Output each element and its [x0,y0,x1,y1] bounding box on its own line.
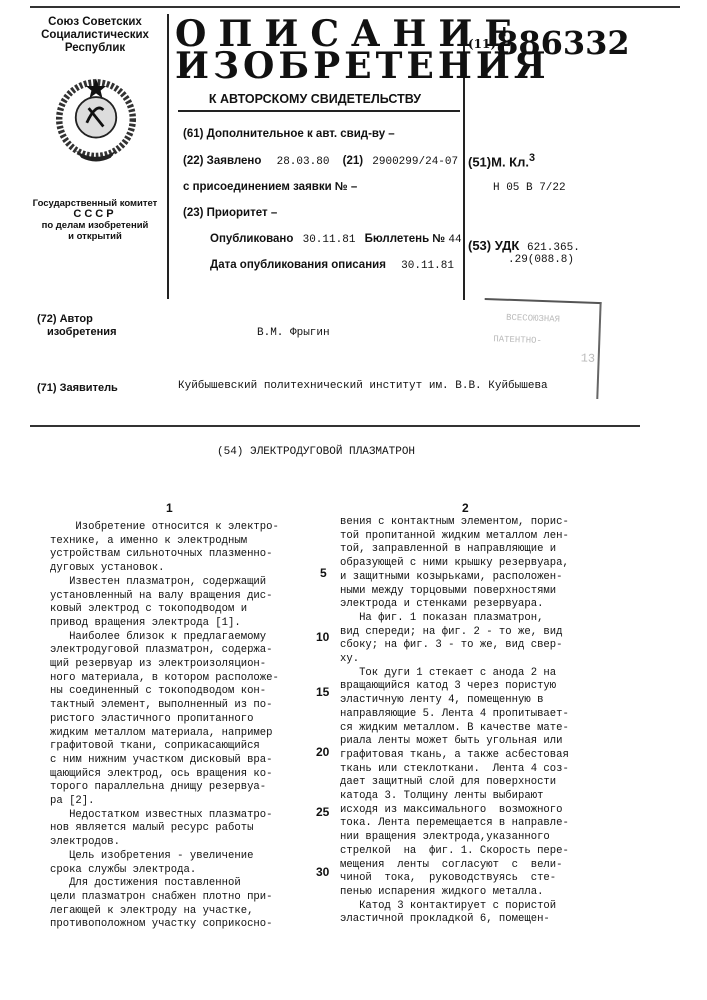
country-name: Союз Советских Социалистических Республи… [20,16,170,55]
field-value: 28.03.80 [277,156,330,168]
field-label: Бюллетень № [365,233,446,245]
state-emblem-icon [50,75,142,167]
field-label: изобретения [37,326,117,339]
committee-line: по делам изобретений [20,220,170,231]
field-value: 30.11.81 [303,234,356,246]
field-published: Опубликовано 30.11.81 Бюллетень № 44 [210,233,462,246]
column-number: 2 [462,501,469,515]
line-number: 20 [316,745,329,759]
field-value: 44 [448,234,461,246]
country-line: Союз Советских [20,16,170,29]
field-51: (51)М. Кл.3 [468,152,535,169]
column-2-text: вения с контактным элементом, порис- той… [340,516,569,927]
field-description-date: Дата опубликования описания 30.11.81 [210,259,454,272]
divider [178,110,460,112]
section-divider [30,425,640,427]
stamp-text: ВСЕСОЮЗНАЯ [506,313,560,325]
divider [167,14,169,299]
field-53-value: .29(088.8) [508,254,574,266]
author-name: В.М. Фрыгин [257,327,330,339]
field-23: (23) Приоритет – [183,207,277,219]
committee-line: и открытий [20,231,170,242]
patent-number-value: 886332 [496,24,630,62]
country-line: Республик [20,42,170,55]
field-51-value: Н 05 В 7/22 [493,182,566,194]
document-type-title: ИЗОБРЕТЕНИЯ [175,46,460,86]
field-label: Опубликовано [210,233,293,245]
patent-code: (11) [468,37,496,51]
field-label: (21) [343,155,363,167]
field-label: (22) Заявлено [183,155,261,167]
document-subtitle: К АВТОРСКОМУ СВИДЕТЕЛЬСТВУ [180,92,450,106]
field-61: (61) Дополнительное к авт. свид-ву – [183,128,395,140]
field-attachment: с присоединением заявки № – [183,181,357,193]
committee-name: Государственный комитет СССР по делам из… [20,198,170,242]
line-number: 30 [316,865,329,879]
field-label: Дата опубликования описания [210,259,386,271]
line-number: 5 [320,566,327,580]
field-value: 2900299/24-07 [372,156,458,168]
field-53: (53) УДК 621.365. [468,238,580,254]
column-1-text: Изобретение относится к электро- технике… [50,521,279,932]
line-number: 25 [316,805,329,819]
field-value: 30.11.81 [401,260,454,272]
top-rule [30,6,680,8]
field-label: (72) Автор [37,313,117,326]
field-71-label: (71) Заявитель [37,382,118,394]
field-label: (51)М. Кл. [468,154,529,169]
column-number: 1 [166,501,173,515]
committee-line: СССР [20,209,170,220]
country-line: Социалистических [20,29,170,42]
field-22: (22) Заявлено 28.03.80 (21) 2900299/24-0… [183,155,458,168]
line-number: 10 [316,630,329,644]
patent-number: (11)886332 [468,24,630,62]
stamp-text: 13 [580,351,595,365]
library-stamp: ВСЕСОЮЗНАЯ ПАТЕНТНО- 13 [481,298,601,399]
line-number: 15 [316,685,329,699]
stamp-text: ПАТЕНТНО- [493,334,542,346]
field-value: 621.365. [527,242,580,254]
invention-title: (54) ЭЛЕКТРОДУГОВОЙ ПЛАЗМАТРОН [217,446,415,458]
field-sup: 3 [529,152,535,164]
field-72-label: (72) Автор изобретения [37,313,117,339]
field-label: (53) УДК [468,238,519,253]
